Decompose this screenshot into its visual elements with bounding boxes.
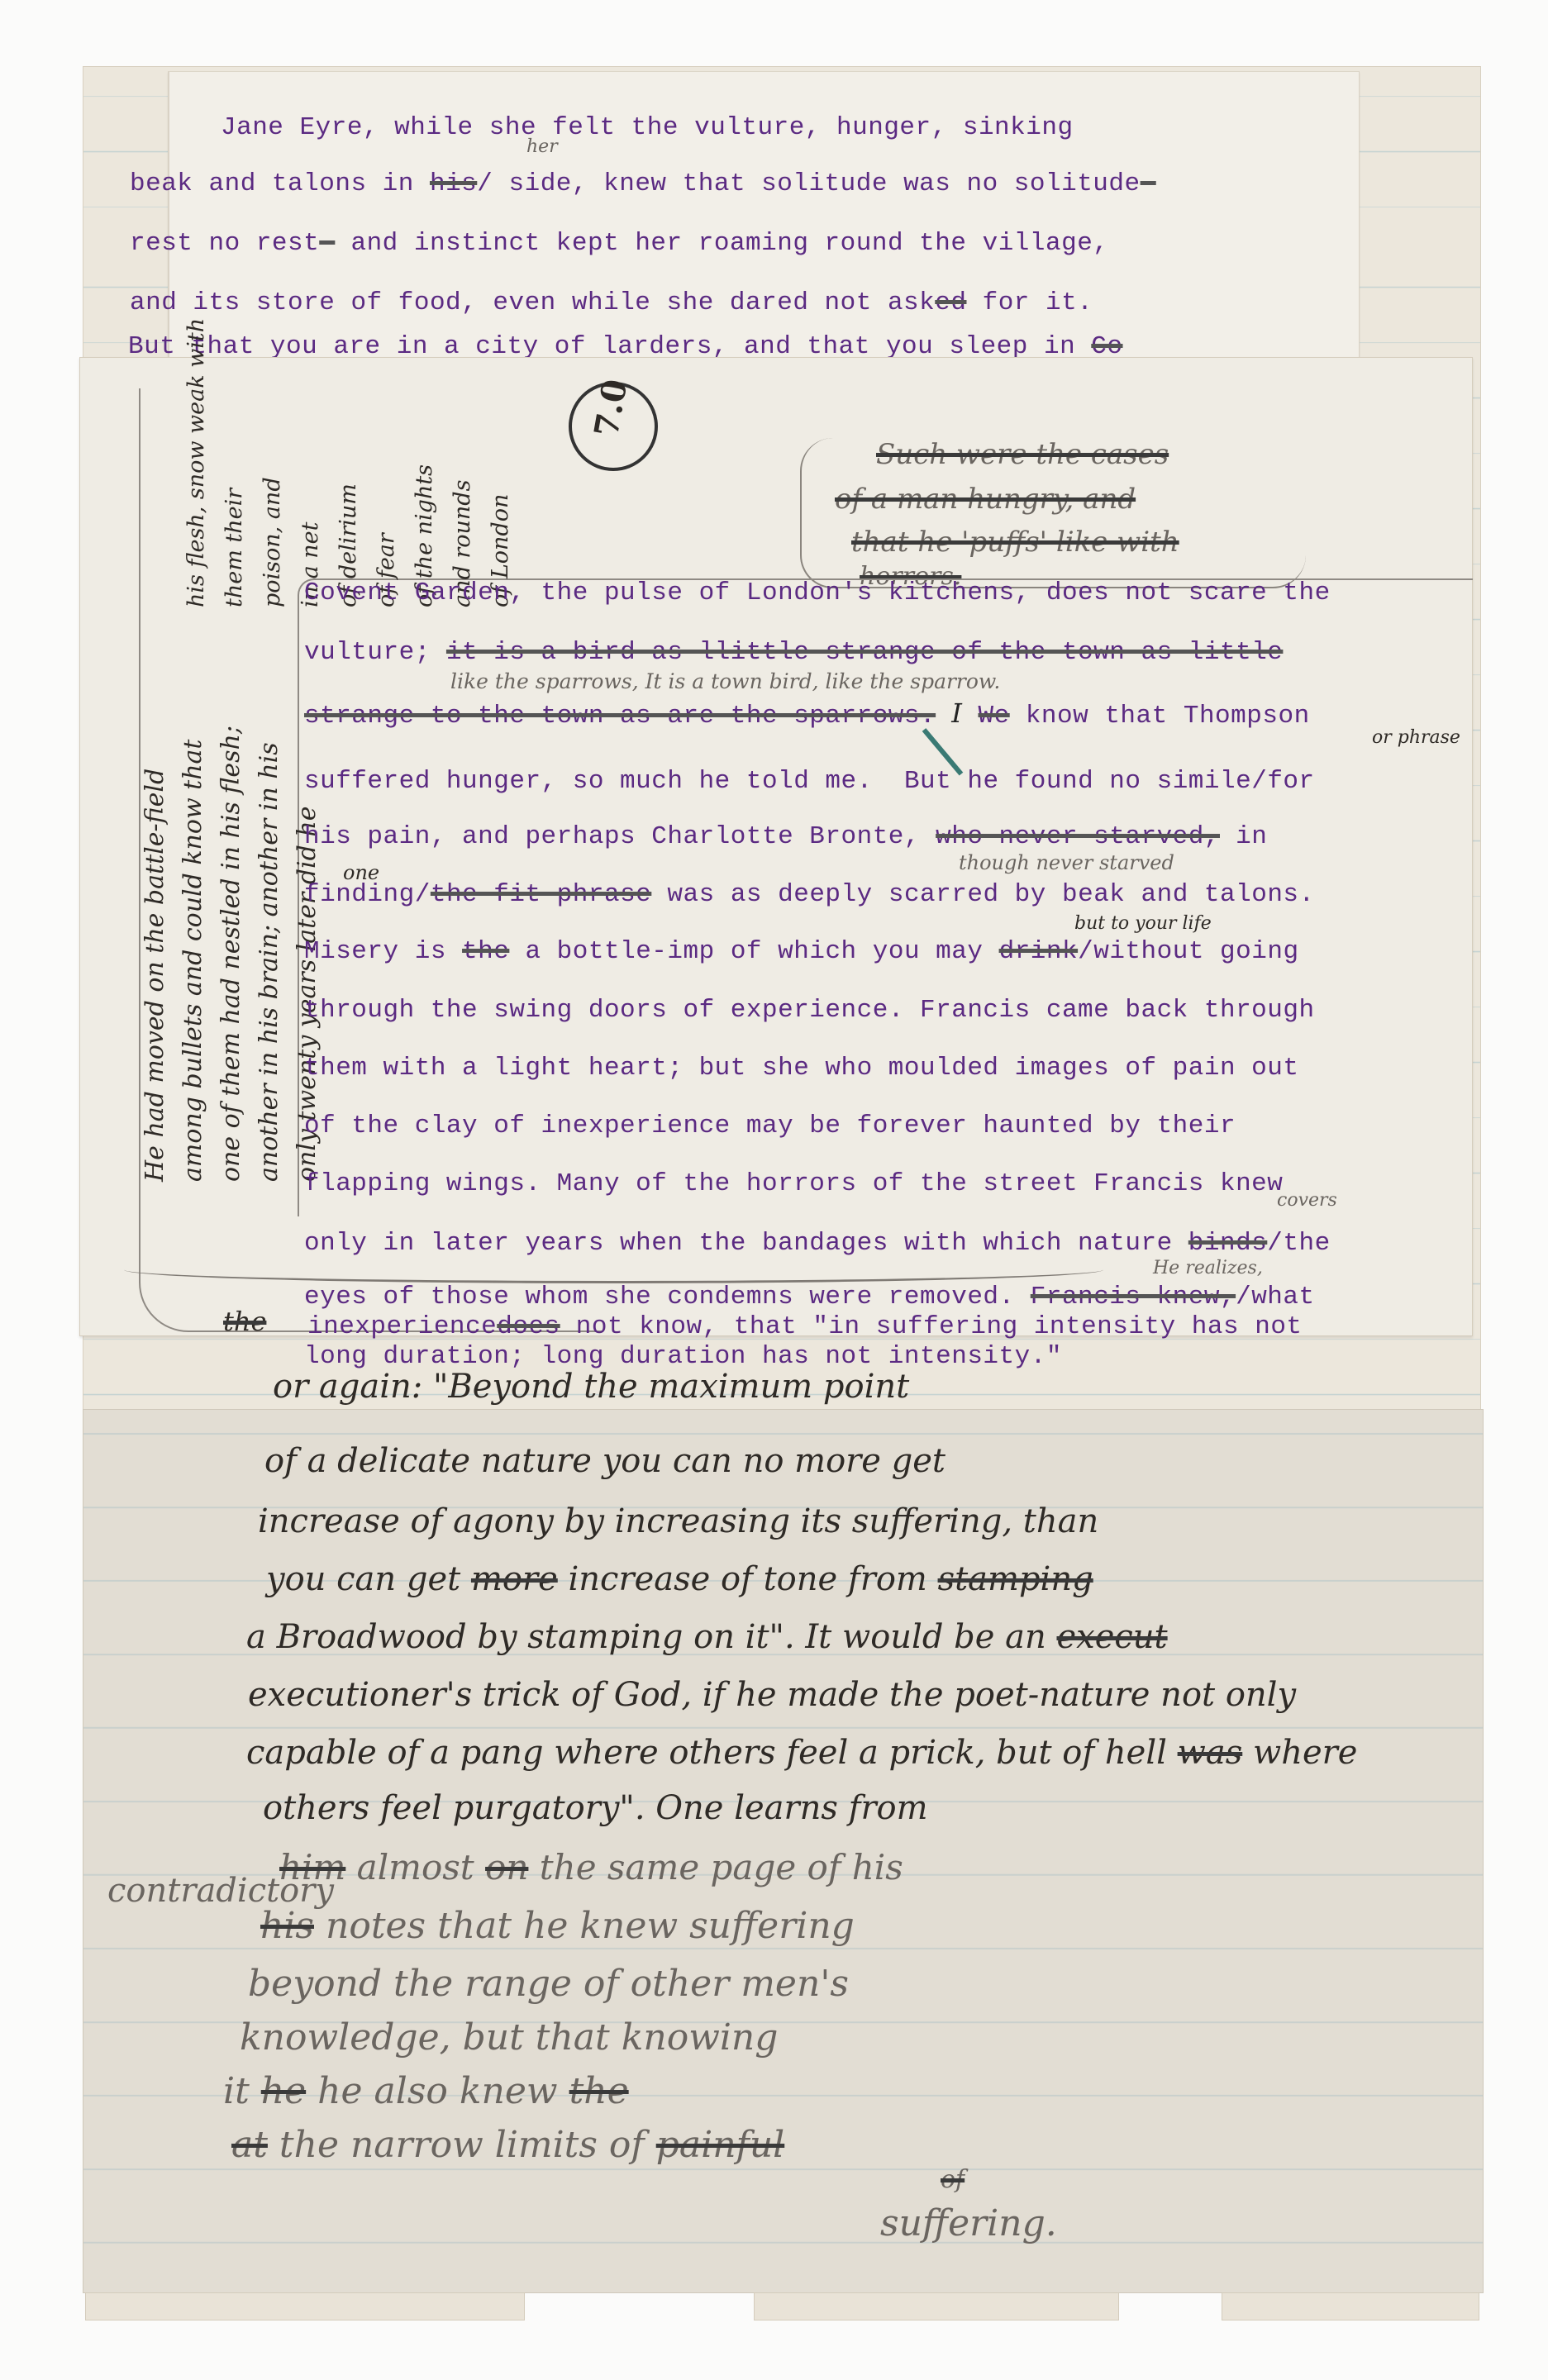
- handwritten-line: knowledge, but that knowing: [240, 2016, 778, 2059]
- typed-line: long duration; long duration has not int…: [304, 1342, 1062, 1371]
- typed-line: beak and talons in his/ side, knew that …: [130, 169, 1156, 198]
- typed-line: of the clay of inexperience may be forev…: [304, 1111, 1236, 1140]
- vertical-margin-note-upper: his flesh, snow weak with them their poi…: [178, 318, 520, 607]
- handwritten-line: others feel purgatory". One learns from: [263, 1789, 928, 1827]
- typed-line: flapping wings. Many of the horrors of t…: [304, 1169, 1283, 1198]
- handwritten-line: of a delicate nature you can no more get: [264, 1442, 945, 1480]
- typed-line: and its store of food, even while she da…: [130, 288, 1093, 317]
- handwritten-line: increase of agony by increasing its suff…: [258, 1502, 1098, 1540]
- typed-line: Misery is the a bottle-imp of which you …: [304, 937, 1299, 966]
- typed-line: his pain, and perhaps Charlotte Bronte, …: [304, 822, 1267, 851]
- pencil-insert-sparrow-note: like the sparrows, It is a town bird, li…: [450, 669, 1000, 693]
- handwritten-line: him almost on the same page of his: [279, 1847, 903, 1887]
- handwritten-line: at the narrow limits of painful: [231, 2124, 784, 2166]
- typed-line: suffered hunger, so much he told me. But…: [304, 767, 1315, 796]
- typed-line: rest no rest- and instinct kept her roam…: [130, 229, 1108, 258]
- torn-paper-edge: [1222, 2292, 1479, 2320]
- typed-line: inexperiencedoes not know, that "in suff…: [307, 1312, 1303, 1341]
- handwritten-line: his notes that he knew suffering: [260, 1905, 855, 1947]
- torn-paper-edge: [85, 2292, 525, 2320]
- handwritten-line: suffering.: [880, 2202, 1057, 2244]
- pencil-insert-covers: covers: [1277, 1190, 1337, 1211]
- handwritten-line: a Broadwood by stamping on it". It would…: [246, 1618, 1168, 1656]
- typed-line: eyes of those whom she condemns were rem…: [304, 1283, 1315, 1311]
- wavy-separator-line: [124, 1256, 1103, 1283]
- handwritten-line: executioner's trick of God, if he made t…: [248, 1676, 1296, 1714]
- handwritten-line: beyond the range of other men's: [248, 1963, 849, 2005]
- typed-line: them with a light heart; but she who mou…: [304, 1054, 1299, 1083]
- pencil-insert-though-never-starved: though never starved: [959, 851, 1174, 874]
- handwritten-line: capable of a pang where others feel a pr…: [246, 1734, 1357, 1772]
- vertical-margin-note-lower: He had moved on the battle-field among b…: [136, 726, 326, 1182]
- typed-line: through the swing doors of experience. F…: [304, 996, 1315, 1025]
- pencil-insert-her: her: [526, 136, 558, 157]
- handwritten-line: it he he also knew the: [223, 2070, 629, 2112]
- typed-line: finding/the fit phrase was as deeply sca…: [304, 880, 1315, 909]
- ink-insert-but-to-your-life: but to your life: [1074, 913, 1212, 934]
- typed-line: vulture; it is a bird as llittle strange…: [304, 638, 1283, 667]
- deleted-pencil-line: that he 'puffs' like with: [851, 526, 1179, 559]
- torn-paper-edge: [754, 2292, 1119, 2320]
- typed-line: strange to the town as are the sparrows.…: [304, 697, 1310, 731]
- pencil-insert-of: of: [941, 2165, 965, 2194]
- handwritten-line: or again: "Beyond the maximum point: [273, 1368, 909, 1406]
- pencil-insert-he-realizes: He realizes,: [1153, 1258, 1263, 1278]
- ink-insert-or-phrase: or phrase: [1372, 727, 1460, 748]
- deleted-pencil-line: Such were the cases: [876, 438, 1169, 471]
- typed-line: Jane Eyre, while she felt the vulture, h…: [221, 113, 1074, 142]
- ink-insert-the-margin: the: [223, 1306, 266, 1337]
- top-typed-slip: Jane Eyre, while she felt the vulture, h…: [168, 71, 1360, 357]
- typed-line: only in later years when the bandages wi…: [304, 1229, 1331, 1258]
- handwritten-line: you can get more increase of tone from s…: [266, 1560, 1093, 1598]
- typed-line: Covent Garden, the pulse of London's kit…: [304, 578, 1331, 607]
- deleted-pencil-line: of a man hungry, and: [835, 483, 1136, 516]
